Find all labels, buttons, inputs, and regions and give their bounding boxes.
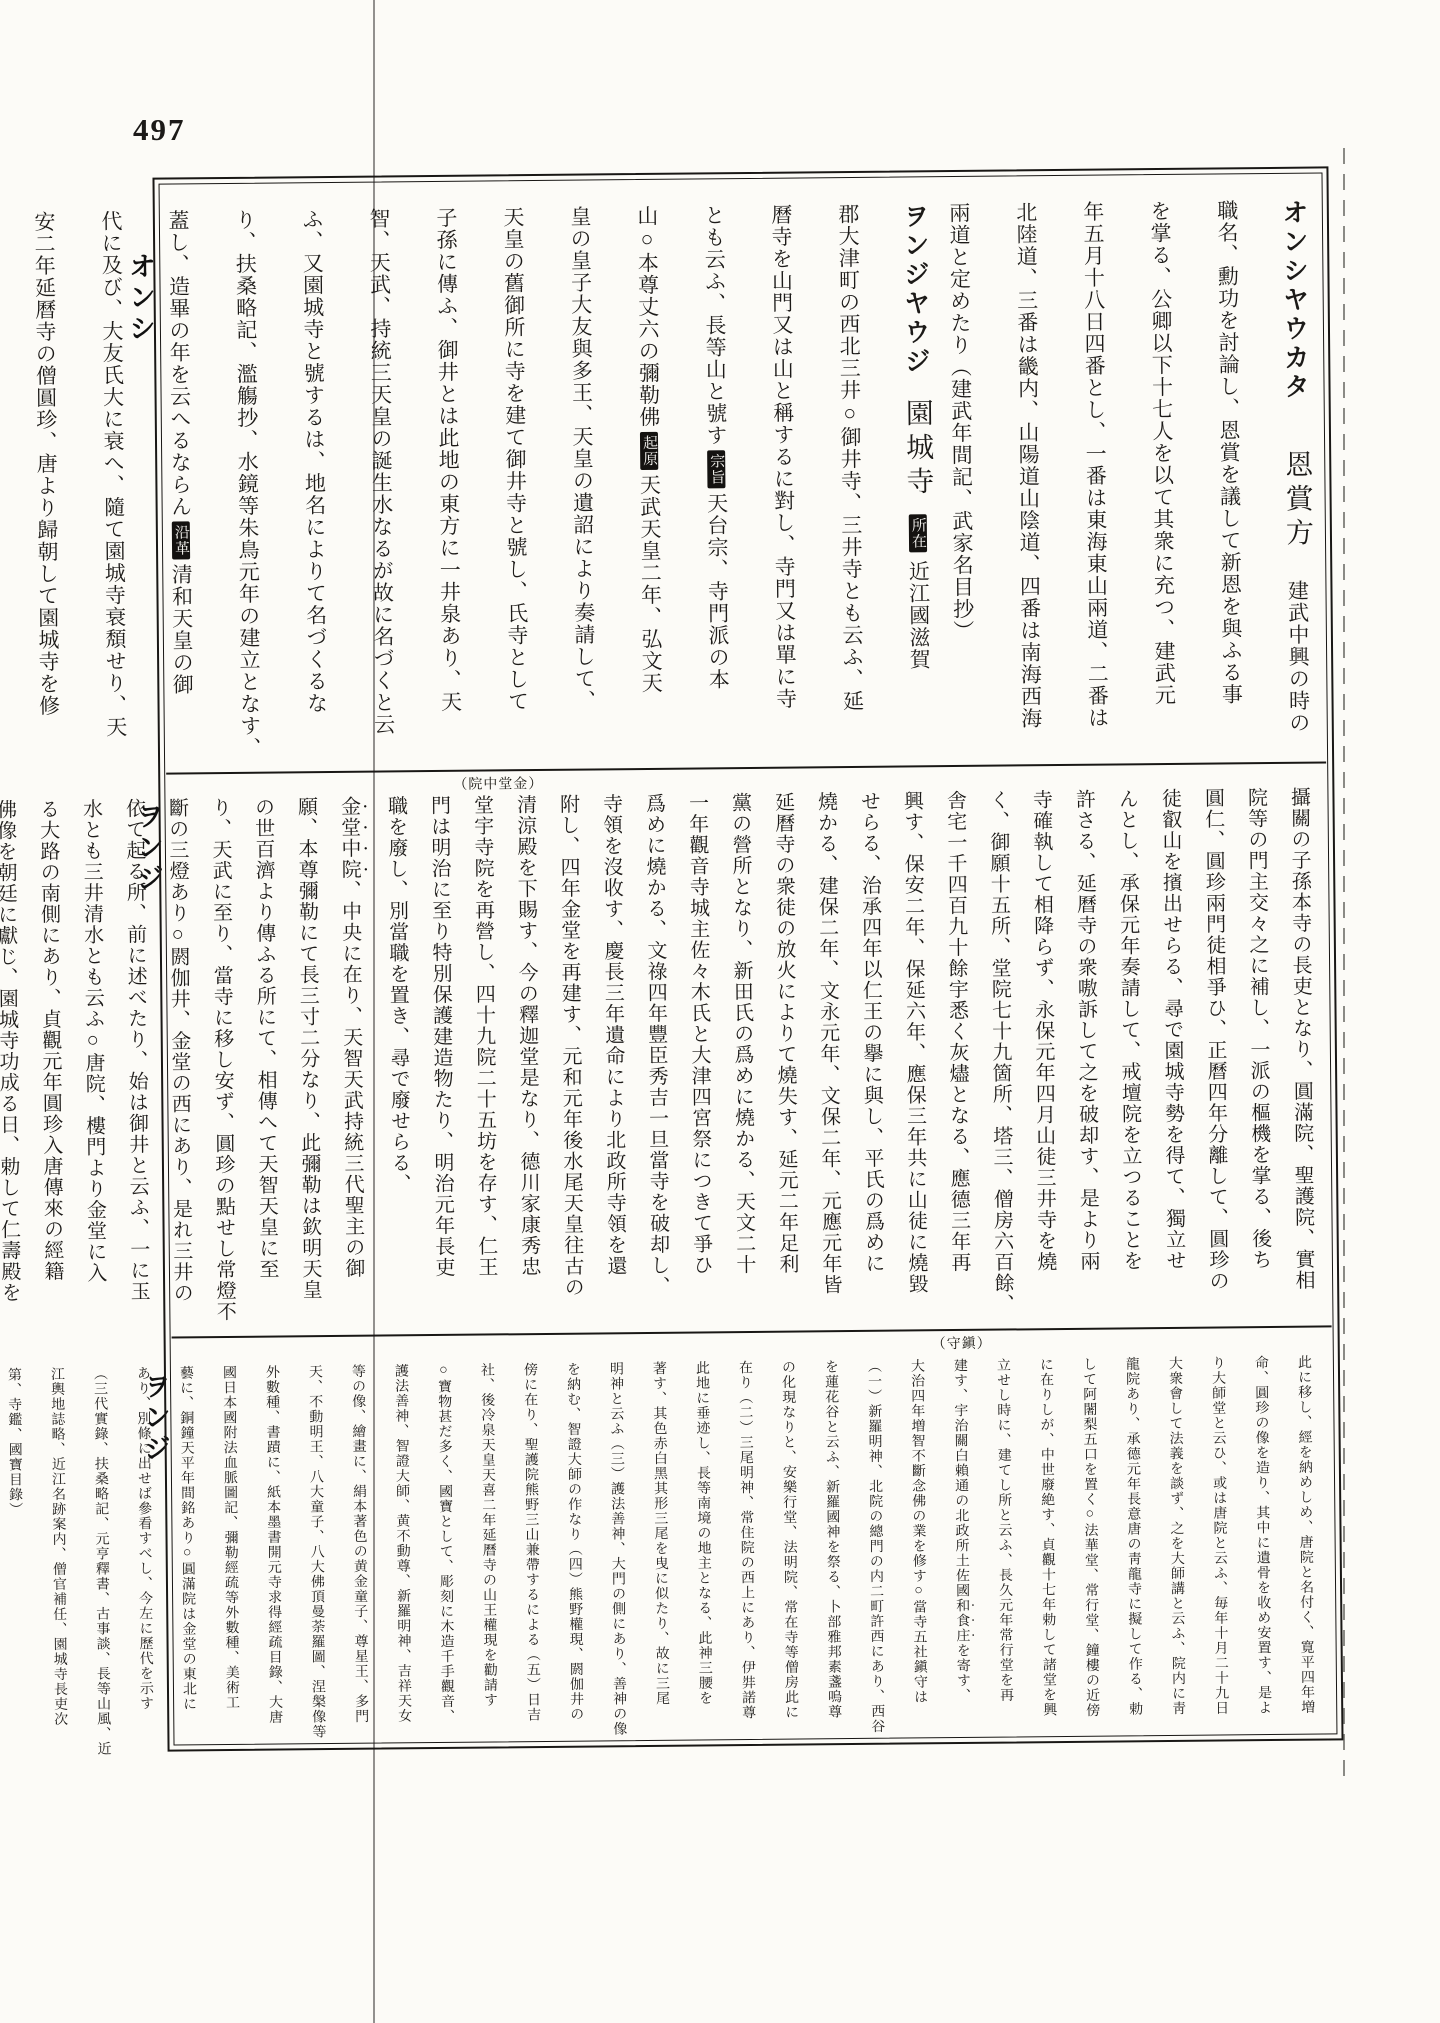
body-text: 此に移し、經を納めしめ、唐院と名付く、寛平四年増 <box>1296 1355 1314 1715</box>
text-column: せらる、治承四年以仁王の擧に與し、平氏の爲めに <box>849 791 897 1326</box>
text-column: 北陸道、三番は畿内、山陽道山陰道、四番は南海西海 <box>1007 201 1079 762</box>
body-text: 此地に垂迹し、長等南境の地主となる、此神三腰を <box>694 1360 712 1705</box>
text-column: ふ、又園城寺と號するは、地名によりて名づくるな <box>293 208 365 769</box>
text-column: 曆寺を山門又は山と稱するに對し、寺門又は單に寺 <box>762 203 834 764</box>
text-column: の世百濟より傳ふる所にて、相傳へて天智天皇に至 <box>243 796 291 1331</box>
body-text: 護法善神、智證大師、黄不動尊、新羅明神、吉祥天女 <box>393 1363 411 1723</box>
text-column: して阿闍梨五口を置く○法華堂、常行堂、鐘樓の近傍 <box>1070 1357 1117 1737</box>
body-text: 代に及び、大友氏大に衰へ、隨て園城寺衰頽せり、天 <box>99 210 128 738</box>
body-text: 建す、宇治關白賴通の北政所土佐國 <box>952 1358 969 1598</box>
entry-title: 恩賞方 <box>1281 450 1313 552</box>
body-text: 門は明治に至り特別保護建造物たり、明治元年長吏 <box>427 795 454 1278</box>
body-text: を寄す、 <box>955 1643 971 1703</box>
text-column: 依て起る所、前に述べたり、始は御井と云ふ、一に玉 <box>114 798 162 1333</box>
text-column: 蓋し、造畢の年を云へるならん沿革清和天皇の御 <box>159 209 231 770</box>
text-column: 堂宇寺院を再營し、四十九院二十五坊を存す、仁王 <box>462 794 510 1329</box>
text-column: とも云ふ、長等山と號す宗旨天台宗、寺門派の本 <box>695 204 767 765</box>
entry-title: 園城寺 <box>902 398 934 500</box>
body-text: 許さる、延曆寺の衆嗷訴して之を破却す、是より兩 <box>1072 789 1099 1272</box>
text-column: ヲンジヤウジ園城寺所在近江國滋賀 <box>896 202 945 762</box>
body-text: 天皇の舊御所に寺を建て御井寺と號し、氏寺として <box>501 206 530 712</box>
text-column: 天、不動明王、八大童子、八大佛頂曼荼羅圖、涅槃像等 <box>296 1364 343 1744</box>
text-column: 建す、宇治關白賴通の北政所土佐國和食庄を寄す、 <box>941 1358 988 1738</box>
body-text: （三代實錄、扶桑略記、元亨釋書、古事談、長等山風、近 <box>92 1366 111 1756</box>
body-text: 社、後冷泉天皇天喜二年延曆寺の山王權現を勸請す <box>479 1362 497 1707</box>
body-text: り大師堂と云ひ、或は唐院と云ふ、毎年十月二十九日 <box>1210 1355 1228 1715</box>
body-text: 堂宇寺院を再營し、四十九院二十五坊を存す、仁王 <box>470 794 497 1277</box>
emphasized-text: 金堂中院 <box>337 796 360 880</box>
text-column: 黨の營所となり、新田氏の爲めに燒かる、天文二十 <box>720 792 768 1327</box>
text-column: 圓仁、圓珍兩門徒相爭ひ、正曆四年分離して、圓珍の <box>1193 787 1241 1322</box>
text-column: に在りしが、中世廢絶す、貞觀十七年勅して諸堂を興 <box>1027 1357 1074 1737</box>
body-text: 附し、四年金堂を再建す、元和元年後水尾天皇往古の <box>556 794 583 1298</box>
body-text: 一年觀音寺城主佐々木氏と大津四宮祭につきて爭ひ <box>685 792 712 1275</box>
text-column: 爲めに燒かる、文祿四年豐臣秀吉一旦當寺を破却し、 <box>634 793 682 1328</box>
text-column: 年五月十八日四番とし、一番は東海東山兩道、二番は <box>1074 200 1146 761</box>
emphasized-text: 和食庄 <box>954 1598 969 1643</box>
body-text: 藝に、銅鐘天平年間銘あり○圓滿院は金堂の東北に <box>178 1365 196 1711</box>
body-text: 大治四年増智不斷念佛の業を修す○當寺五社鎭守は <box>909 1358 927 1704</box>
text-column: （一）新羅明神、北院の總門の内二町許西にあり、西谷 <box>855 1359 902 1739</box>
body-text: 佛像を朝廷に獻じ、園城寺功成る日、勅して仁壽殿を <box>0 799 20 1303</box>
headword: ヲンジヤウジ <box>900 202 932 376</box>
text-column: る大路の南側にあり、貞觀元年圓珍入唐傳來の經籍 <box>28 798 76 1333</box>
field-tag: 所在 <box>909 514 927 552</box>
text-column: 許さる、延曆寺の衆嗷訴して之を破却す、是より兩 <box>1064 789 1112 1324</box>
headword: オンシヤウカタ <box>1279 199 1311 402</box>
body-text: 攝關の子孫本寺の長吏となり、圓滿院、聖護院、實相 <box>1287 787 1314 1291</box>
body-text: 立せし時に、建てし所と云ふ、長久元年常行堂を再 <box>995 1358 1013 1703</box>
body-text: く、御願十五所、堂院七十九箇所、塔三、僧房六百餘、 <box>986 789 1013 1314</box>
text-column: 等の像、繪畫に、絹本著色の黄金童子、尊星王、多門 <box>339 1364 386 1744</box>
body-text: 江輿地誌略、近江名跡案内、僧官補任、園城寺長吏次 <box>49 1367 67 1727</box>
body-text: 兩道と定めたり（建武年間記、武家名目抄） <box>947 202 975 642</box>
text-column: を納む、智證大師の作なり（四）熊野權現、閼伽井の <box>554 1361 601 1741</box>
body-text: 郡大津町の西北三井○御井寺、三井寺とも云ふ、延 <box>836 203 865 712</box>
text-column: の化現なりと、安樂行堂、法明院、常在寺等僧房此に <box>769 1359 816 1739</box>
text-column: 此に移し、經を納めしめ、唐院と名付く、寛平四年増 <box>1285 1354 1332 1734</box>
text-column: を蓮花谷と云ふ、新羅國神を祭る、卜部雅邦素盞嗚尊 <box>812 1359 859 1739</box>
body-text: ふ、又園城寺と號するは、地名によりて名づくるな <box>300 208 329 714</box>
text-column: 天皇の舊御所に寺を建て御井寺と號し、氏寺として <box>494 206 566 767</box>
body-text: に在りしが、中世廢絶す、貞觀十七年勅して諸堂を興 <box>1038 1357 1056 1717</box>
body-text: り、天武に至り、當寺に移し安ず、圓珍の點せし常燈不 <box>208 797 235 1322</box>
body-text: 皇の皇子大友與多王、天皇の遺詔により奏請して、 <box>568 205 597 711</box>
body-text: 外數種、書蹟に、紙本墨書開元寺求得經疏目錄、大唐 <box>264 1365 282 1725</box>
field-tag: 起原 <box>640 432 658 470</box>
text-column: 在り（二）三尾明神、常住院の西上にあり、伊弉諾尊 <box>726 1360 773 1740</box>
field-tag: 宗旨 <box>707 450 725 488</box>
body-text: 蓋し、造畢の年を云へるならん <box>166 209 193 517</box>
dictionary-page: 497 オンシ ヲンジ ヲンジ オンシヤウカタ恩賞方建武中興の時の職名、勳功を討… <box>0 0 1440 2023</box>
body-text: 著す、其色赤白黑其形三尾を曳に似たり、故に三尾 <box>651 1361 669 1706</box>
text-column: 職を廢し、別當職を置き、尋で廢せらる、 <box>376 795 424 1330</box>
body-text: 、中央に在り、天智天武持統三代聖主の御 <box>338 880 364 1279</box>
text-column: り、扶桑略記、濫觴抄、水鏡等朱鳥元年の建立となす、 <box>226 208 298 769</box>
body-text: 命、圓珍の像を造り、其中に遺骨を收め安置す、是よ <box>1253 1355 1271 1715</box>
body-text: 龍院あり、承德元年長意唐の靑龍寺に擬して作る、勅 <box>1124 1356 1142 1716</box>
text-column: 山○本尊丈六の彌勒佛起原天武天皇二年、弘文天 <box>628 204 700 765</box>
body-text: 寺領を沒收す、慶長三年遺命により北政所寺領を還 <box>599 793 626 1276</box>
body-text: 依て起る所、前に述べたり、始は御井と云ふ、一に玉 <box>122 798 149 1302</box>
text-column: 斷の三燈あり○閼伽井、金堂の西にあり、是れ三井の <box>157 797 205 1332</box>
text-column: 智、天武、持統三天皇の誕生水なるが故に名づくと云 <box>360 207 432 768</box>
section-caption: （院中堂金） <box>453 773 543 794</box>
text-column: （三代實錄、扶桑略記、元亨釋書、古事談、長等山風、近 <box>81 1366 128 1746</box>
body-text: 等の像、繪畫に、絹本著色の黄金童子、尊星王、多門 <box>350 1364 368 1724</box>
text-column: く、御願十五所、堂院七十九箇所、塔三、僧房六百餘、 <box>978 789 1026 1324</box>
body-text: 傍に在り、聖護院熊野三山兼帶するによる（五）日吉 <box>522 1362 540 1722</box>
body-text: 明神と云ふ（三）護法善神、大門の側にあり、善神の像 <box>608 1361 627 1736</box>
body-text: 職を廢し、別當職を置き、尋で廢せらる、 <box>384 795 410 1194</box>
body-text: 水とも三井清水とも云ふ○唐院、樓門より金堂に入 <box>79 798 106 1283</box>
text-column: ○寶物甚だ多く、國寶として、彫刻に木造千手觀音、 <box>425 1363 472 1743</box>
body-text: 願、本尊彌勒にて長三寸二分なり、此彌勒は欽明天皇 <box>294 796 321 1300</box>
text-column: 門は明治に至り特別保護建造物たり、明治元年長吏 <box>419 795 467 1330</box>
body-text: 延曆寺の衆徒の放火によりて燒失す、延元二年足利 <box>771 792 798 1275</box>
text-column: 舎宅一千四百九十餘宇悉く灰燼となる、應德三年再 <box>935 790 983 1325</box>
body-text: あり、別條に出せば參看すべし、今左に歷代を示す <box>135 1366 153 1711</box>
text-column: 寺確執して相降らず、永保元年四月山徒三井寺を燒 <box>1021 789 1069 1324</box>
text-column: 興す、保安二年、保延六年、應保三年共に山徒に燒毀 <box>892 790 940 1325</box>
body-text: 曆寺を山門又は山と稱するに對し、寺門又は單に寺 <box>769 204 798 710</box>
body-text: 大衆會して法義を談ず、之を大師講と云ふ、院内に靑 <box>1167 1356 1185 1716</box>
text-column: 代に及び、大友氏大に衰へ、隨て園城寺衰頽せり、天 <box>92 210 164 771</box>
text-column: 攝關の子孫本寺の長吏となり、圓滿院、聖護院、實相 <box>1279 786 1327 1321</box>
body-text: 徒叡山を擯出せらる、尋で園城寺勢を得て、獨立せ <box>1158 788 1185 1271</box>
text-column: 徒叡山を擯出せらる、尋で園城寺勢を得て、獨立せ <box>1150 788 1198 1323</box>
text-column: 職名、勳功を討論し、恩賞を議して新恩を與ふる事 <box>1208 199 1280 760</box>
body-text: 圓仁、圓珍兩門徒相爭ひ、正曆四年分離して、圓珍の <box>1201 787 1228 1291</box>
text-column: 一年觀音寺城主佐々木氏と大津四宮祭につきて爭ひ <box>677 792 725 1327</box>
text-column: 外數種、書蹟に、紙本墨書開元寺求得經疏目錄、大唐 <box>253 1364 300 1744</box>
text-band-middle: 攝關の子孫本寺の長吏となり、圓滿院、聖護院、實相院等の門主交々之に補し、一派の樞… <box>174 786 1327 1332</box>
text-column: を掌る、公卿以下十七人を以て其衆に充つ、建武元 <box>1141 200 1213 761</box>
body-text: 爲めに燒かる、文祿四年豐臣秀吉一旦當寺を破却し、 <box>642 793 669 1297</box>
body-text: 院等の門主交々之に補し、一派の樞機を掌る、後ち <box>1244 787 1271 1270</box>
text-column: 金堂中院、中央に在り、天智天武持統三代聖主の御 <box>329 796 381 1331</box>
body-text: とも云ふ、長等山と號す <box>702 204 728 446</box>
text-column: 安二年延曆寺の僧圓珍、唐より歸朝して園城寺を修 <box>25 210 97 771</box>
text-column: 明神と云ふ（三）護法善神、大門の側にあり、善神の像 <box>597 1361 644 1741</box>
text-column: 院等の門主交々之に補し、一派の樞機を掌る、後ち <box>1236 787 1284 1322</box>
text-column: あり、別條に出せば參看すべし、今左に歷代を示す <box>124 1366 171 1746</box>
text-column: 立せし時に、建てし所と云ふ、長久元年常行堂を再 <box>984 1357 1031 1737</box>
text-column: り大師堂と云ひ、或は唐院と云ふ、毎年十月二十九日 <box>1199 1355 1246 1735</box>
text-column: オンシヤウカタ恩賞方建武中興の時の <box>1275 199 1322 759</box>
body-text: 第、寺鑑、國寶目錄） <box>6 1367 22 1517</box>
body-text: 職名、勳功を討論し、恩賞を議して新恩を與ふる事 <box>1215 199 1244 705</box>
text-column: 護法善神、智證大師、黄不動尊、新羅明神、吉祥天女 <box>382 1363 429 1743</box>
text-column: 子孫に傳ふ、御井とは此地の東方に一井泉あり、天 <box>427 206 499 767</box>
text-column: 附し、四年金堂を再建す、元和元年後水尾天皇往古の <box>548 793 596 1328</box>
body-text: 在り（二）三尾明神、常住院の西上にあり、伊弉諾尊 <box>737 1360 755 1720</box>
body-text: （一）新羅明神、北院の總門の内二町許西にあり、西谷 <box>866 1359 885 1734</box>
body-text: 燒かる、建保二年、文永元年、文保二年、元應元年皆 <box>814 791 841 1295</box>
body-text: り、扶桑略記、濫觴抄、水鏡等朱鳥元年の建立となす、 <box>233 209 262 759</box>
text-column: 水とも三井清水とも云ふ○唐院、樓門より金堂に入 <box>71 798 119 1333</box>
text-column: 命、圓珍の像を造り、其中に遺骨を收め安置す、是よ <box>1242 1355 1289 1735</box>
body-text: せらる、治承四年以仁王の擧に與し、平氏の爲めに <box>857 791 884 1274</box>
body-text: 安二年延曆寺の僧圓珍、唐より歸朝して園城寺を修 <box>32 211 61 717</box>
text-column: 傍に在り、聖護院熊野三山兼帶するによる（五）日吉 <box>511 1362 558 1742</box>
text-column: 龍院あり、承德元年長意唐の靑龍寺に擬して作る、勅 <box>1113 1356 1160 1736</box>
body-text: 近江國滋賀 <box>906 560 931 670</box>
text-column: 第、寺鑑、國寶目錄） <box>0 1367 42 1747</box>
text-column: 江輿地誌略、近江名跡案内、僧官補任、園城寺長吏次 <box>38 1366 85 1746</box>
body-text: を掌る、公卿以下十七人を以て其衆に充つ、建武元 <box>1148 200 1177 706</box>
content-frame: オンシヤウカタ恩賞方建武中興の時の職名、勳功を討論し、恩賞を議して新恩を與ふる事… <box>152 166 1343 1751</box>
text-band-top: オンシヤウカタ恩賞方建武中興の時の職名、勳功を討論し、恩賞を議して新恩を與ふる事… <box>169 199 1322 770</box>
body-text: 斷の三燈あり○閼伽井、金堂の西にあり、是れ三井の <box>165 797 192 1303</box>
body-text: を蓮花谷と云ふ、新羅國神を祭る、卜部雅邦素盞嗚尊 <box>823 1359 841 1719</box>
body-text: 年五月十八日四番とし、一番は東海東山兩道、二番は <box>1081 201 1110 729</box>
body-text: 智、天武、持統三天皇の誕生水なるが故に名づくと云 <box>367 207 396 735</box>
text-column: 大治四年増智不斷念佛の業を修す○當寺五社鎭守は <box>898 1358 945 1738</box>
body-text: 天武天皇二年、弘文天 <box>637 474 663 694</box>
body-text: 山○本尊丈六の彌勒佛 <box>635 205 661 428</box>
field-tag: 沿革 <box>172 521 190 559</box>
text-column: り、天武に至り、當寺に移し安ず、圓珍の點せし常燈不 <box>200 797 248 1332</box>
text-column: 此地に垂迹し、長等南境の地主となる、此神三腰を <box>683 1360 730 1740</box>
body-text: 建武中興の時の <box>1285 580 1310 734</box>
body-text: を納む、智證大師の作なり（四）熊野權現、閼伽井の <box>565 1362 583 1722</box>
body-text: 寺確執して相降らず、永保元年四月山徒三井寺を燒 <box>1029 789 1056 1272</box>
text-column: 郡大津町の西北三井○御井寺、三井寺とも云ふ、延 <box>829 203 901 764</box>
text-column: んとし、承保元年奏請して、戒壇院を立つることを <box>1107 788 1155 1323</box>
body-text: 天台宗、寺門派の本 <box>705 492 731 690</box>
page-edge-line <box>1343 148 1345 1784</box>
body-text: 舎宅一千四百九十餘宇悉く灰燼となる、應德三年再 <box>943 790 970 1273</box>
body-text: 天、不動明王、八大童子、八大佛頂曼荼羅圖、涅槃像等 <box>307 1364 326 1739</box>
text-column: 大衆會して法義を談ず、之を大師講と云ふ、院内に靑 <box>1156 1356 1203 1736</box>
page-number: 497 <box>133 112 186 148</box>
body-text: 子孫に傳ふ、御井とは此地の東方に一井泉あり、天 <box>434 207 463 713</box>
text-column: 願、本尊彌勒にて長三寸二分なり、此彌勒は欽明天皇 <box>286 796 334 1331</box>
body-text: んとし、承保元年奏請して、戒壇院を立つることを <box>1115 788 1142 1271</box>
text-column: 清涼殿を下賜す、今の釋迦堂是なり、德川家康秀忠 <box>505 794 553 1329</box>
body-text: して阿闍梨五口を置く○法華堂、常行堂、鐘樓の近傍 <box>1081 1357 1099 1718</box>
body-text: る大路の南側にあり、貞觀元年圓珍入唐傳來の經籍 <box>36 799 63 1282</box>
body-text: の化現なりと、安樂行堂、法明院、常在寺等僧房此に <box>780 1360 798 1720</box>
text-column: 燒かる、建保二年、文永元年、文保二年、元應元年皆 <box>806 791 854 1326</box>
section-caption: （守鎭） <box>932 1333 992 1354</box>
text-column: 國日本國附法血脈圖記、彌勒經疏等外數種、美術工 <box>210 1365 257 1745</box>
body-text: 國日本國附法血脈圖記、彌勒經疏等外數種、美術工 <box>221 1365 239 1710</box>
text-column: 著す、其色赤白黑其形三尾を曳に似たり、故に三尾 <box>640 1361 687 1741</box>
body-text: 興す、保安二年、保延六年、應保三年共に山徒に燒毀 <box>900 790 927 1294</box>
body-text: 黨の營所となり、新田氏の爲めに燒かる、天文二十 <box>728 792 755 1275</box>
body-text: の世百濟より傳ふる所にて、相傳へて天智天皇に至 <box>251 797 278 1280</box>
text-column: 延曆寺の衆徒の放火によりて燒失す、延元二年足利 <box>763 791 811 1326</box>
text-band-bottom: 此に移し、經を納めしめ、唐院と名付く、寛平四年増命、圓珍の像を造り、其中に遺骨を… <box>180 1354 1332 1745</box>
body-text: ○寶物甚だ多く、國寶として、彫刻に木造千手觀音、 <box>436 1363 454 1724</box>
body-text: 北陸道、三番は畿内、山陽道山陰道、四番は南海西海 <box>1014 201 1043 729</box>
text-column: 社、後冷泉天皇天喜二年延曆寺の山王權現を勸請す <box>468 1362 515 1742</box>
text-column: 寺領を沒收す、慶長三年遺命により北政所寺領を還 <box>591 793 639 1328</box>
text-column: 皇の皇子大友與多王、天皇の遺詔により奏請して、 <box>561 205 633 766</box>
text-column: 藝に、銅鐘天平年間銘あり○圓滿院は金堂の東北に <box>167 1365 214 1745</box>
body-text: 清和天皇の御 <box>169 563 194 695</box>
text-column: 兩道と定めたり（建武年間記、武家名目抄） <box>940 201 1012 762</box>
body-text: 清涼殿を下賜す、今の釋迦堂是なり、德川家康秀忠 <box>513 794 540 1277</box>
